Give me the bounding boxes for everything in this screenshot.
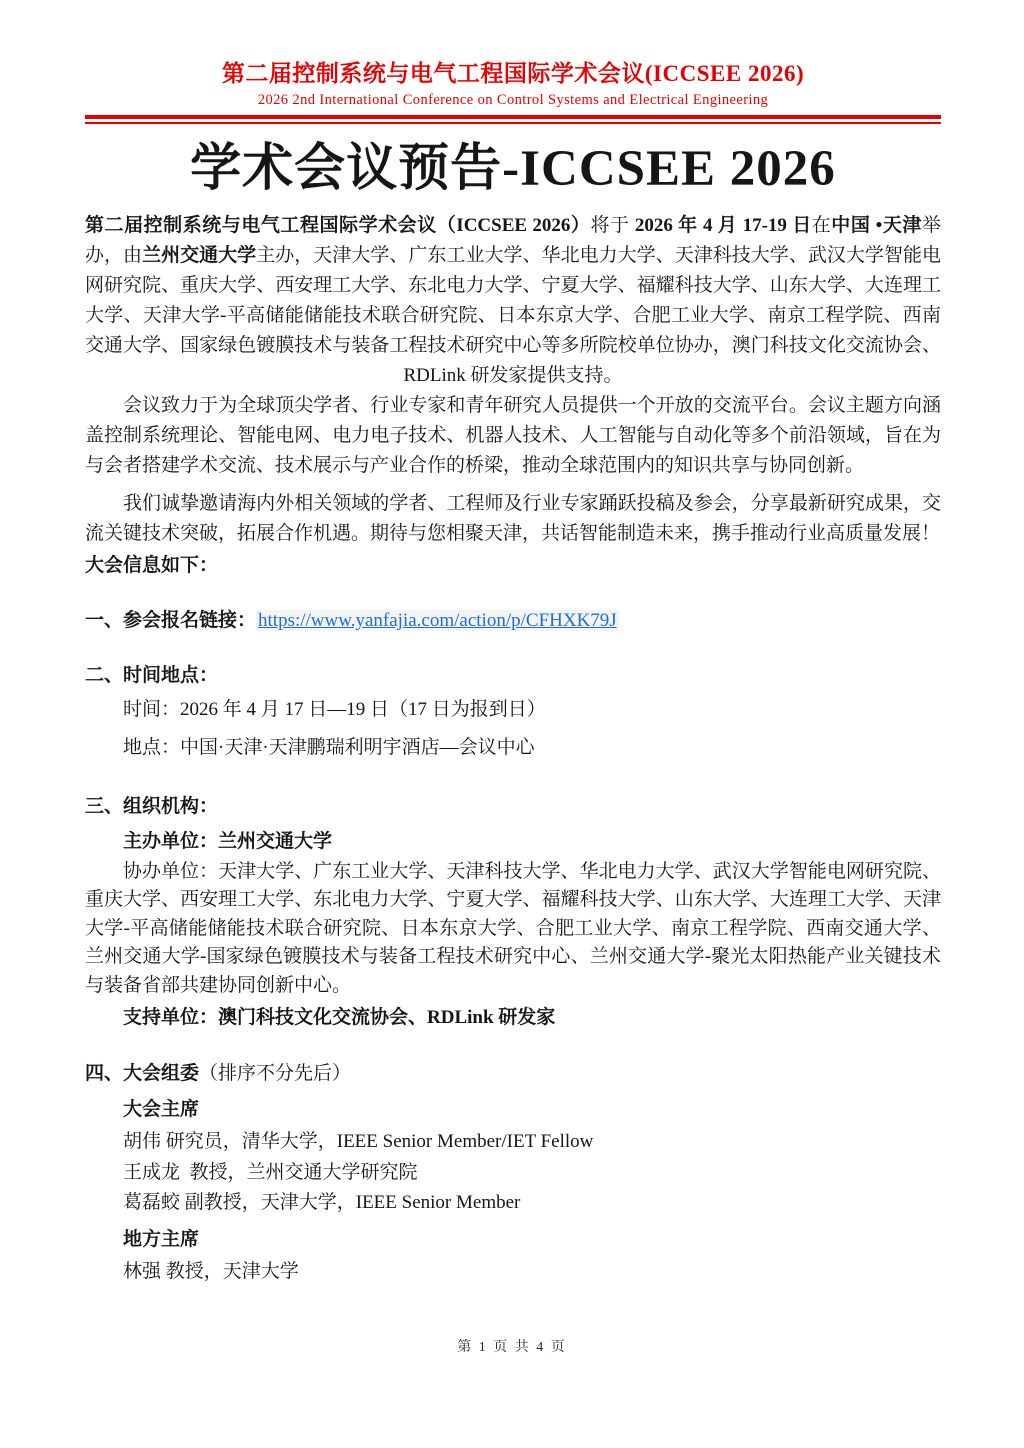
committee-group-title-general-chairs: 大会主席 [85, 1093, 941, 1127]
committee-member: 胡伟 研究员，清华大学，IEEE Senior Member/IET Fello… [85, 1127, 941, 1158]
intro-run-willbe: 将于 [590, 215, 634, 236]
co-organizers-line: 协办单位：天津大学、广东工业大学、天津科技大学、华北电力大学、武汉大学智能电网研… [85, 858, 941, 1001]
registration-heading: 一、参会报名链接： [85, 610, 256, 631]
section-committee: 四、大会组委（排序不分先后） 大会主席 胡伟 研究员，清华大学，IEEE Sen… [85, 1059, 941, 1287]
document-body: 第二届控制系统与电气工程国际学术会议（ICCSEE 2026）将于 2026 年… [85, 211, 941, 1288]
section-time-place: 二、时间地点： 时间：2026 年 4 月 17 日—19 日（17 日为报到日… [85, 661, 941, 767]
conference-header-en: 2026 2nd International Conference on Con… [85, 92, 941, 109]
committee-group-title-local-chairs: 地方主席 [85, 1223, 941, 1257]
time-line: 时间：2026 年 4 月 17 日—19 日（17 日为报到日） [85, 691, 941, 729]
intro-run-at: 在 [812, 215, 832, 236]
registration-link[interactable]: https://www.yanfajia.com/action/p/CFHXK7… [256, 610, 619, 631]
registration-line: 一、参会报名链接：https://www.yanfajia.com/action… [85, 606, 941, 636]
invitation-paragraph: 我们诚挚邀请海内外相关领域的学者、工程师及行业专家踊跃投稿及参会，分享最新研究成… [85, 489, 941, 549]
support-organizers-line: 支持单位：澳门科技文化交流协会、RDLink 研发家 [85, 1002, 941, 1034]
info-label: 大会信息如下： [85, 551, 941, 581]
intro-run-date: 2026 年 4 月 17-19 日 [635, 215, 812, 236]
committee-member: 葛磊蛟 副教授，天津大学，IEEE Senior Member [85, 1188, 941, 1219]
committee-member: 林强 教授，天津大学 [85, 1257, 941, 1288]
host-organizer-line: 主办单位：兰州交通大学 [85, 826, 941, 858]
conference-header-cn: 第二届控制系统与电气工程国际学术会议(ICCSEE 2026) [85, 58, 941, 89]
section-organization: 三、组织机构： 主办单位：兰州交通大学 协办单位：天津大学、广东工业大学、天津科… [85, 792, 941, 1035]
about-paragraph: 会议致力于为全球顶尖学者、行业专家和青年研究人员提供一个开放的交流平台。会议主题… [85, 391, 941, 481]
page-number-footer: 第 1 页 共 4 页 [0, 1336, 1024, 1356]
intro-run-host-university: 兰州交通大学 [142, 245, 256, 266]
committee-heading-title: 四、大会组委 [85, 1063, 199, 1084]
intro-run-conference: 第二届控制系统与电气工程国际学术会议（ICCSEE 2026） [85, 215, 590, 236]
page-title: 学术会议预告-ICCSEE 2026 [85, 140, 941, 199]
header-divider-rule [85, 115, 941, 124]
time-place-heading: 二、时间地点： [85, 661, 941, 691]
document-content: 第二届控制系统与电气工程国际学术会议(ICCSEE 2026) 2026 2nd… [85, 58, 941, 1287]
organization-heading: 三、组织机构： [85, 792, 941, 822]
intro-run-city: 中国 •天津 [831, 215, 922, 236]
document-page: 第二届控制系统与电气工程国际学术会议(ICCSEE 2026) 2026 2nd… [0, 0, 1024, 1448]
place-line: 地点：中国·天津·天津鹏瑞利明宇酒店—会议中心 [85, 729, 941, 767]
committee-member: 王成龙 教授，兰州交通大学研究院 [85, 1158, 941, 1189]
intro-paragraph: 第二届控制系统与电气工程国际学术会议（ICCSEE 2026）将于 2026 年… [85, 211, 941, 391]
committee-heading-note: （排序不分先后） [199, 1063, 351, 1084]
committee-heading: 四、大会组委（排序不分先后） [85, 1059, 941, 1089]
section-registration: 一、参会报名链接：https://www.yanfajia.com/action… [85, 606, 941, 636]
